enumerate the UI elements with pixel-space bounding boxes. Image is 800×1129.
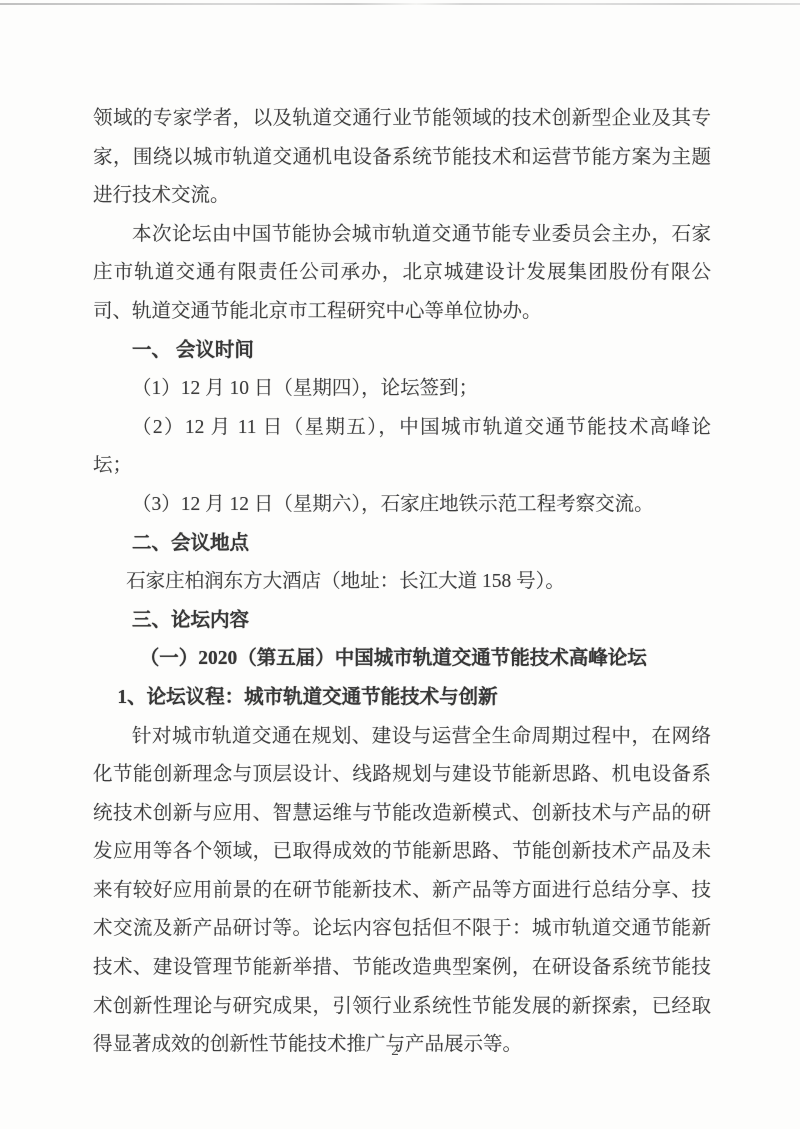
section-heading: 1、论坛议程：城市轨道交通节能技术与创新 (93, 679, 711, 718)
paragraph: 本次论坛由中国节能协会城市轨道交通节能专业委员会主办，石家庄市轨道交通有限责任公… (93, 216, 711, 332)
paragraph: 石家庄柏润东方大酒店（地址：长江大道 158 号）。 (93, 563, 711, 602)
section-heading: 二、会议地点 (93, 525, 711, 564)
paragraph: （3）12 月 12 日（星期六），石家庄地铁示范工程考察交流。 (93, 486, 711, 525)
section-heading: （一）2020（第五届）中国城市轨道交通节能技术高峰论坛 (93, 640, 711, 679)
paragraph: 领域的专家学者，以及轨道交通行业节能领域的技术创新型企业及其专家，围绕以城市轨道… (93, 100, 711, 216)
paragraph: 针对城市轨道交通在规划、建设与运营全生命周期过程中，在网络化节能创新理念与顶层设… (93, 718, 711, 1065)
document-page: 领域的专家学者，以及轨道交通行业节能领域的技术创新型企业及其专家，围绕以城市轨道… (0, 0, 800, 1129)
paragraph: （1）12 月 10 日（星期四），论坛签到； (93, 370, 711, 409)
paragraph: （2）12 月 11 日（星期五），中国城市轨道交通节能技术高峰论坛； (93, 409, 711, 486)
document-body: 领域的专家学者，以及轨道交通行业节能领域的技术创新型企业及其专家，围绕以城市轨道… (93, 0, 711, 1065)
section-heading: 三、论坛内容 (93, 602, 711, 641)
section-heading: 一、 会议时间 (93, 332, 711, 371)
page-number: 2 (0, 1043, 790, 1060)
